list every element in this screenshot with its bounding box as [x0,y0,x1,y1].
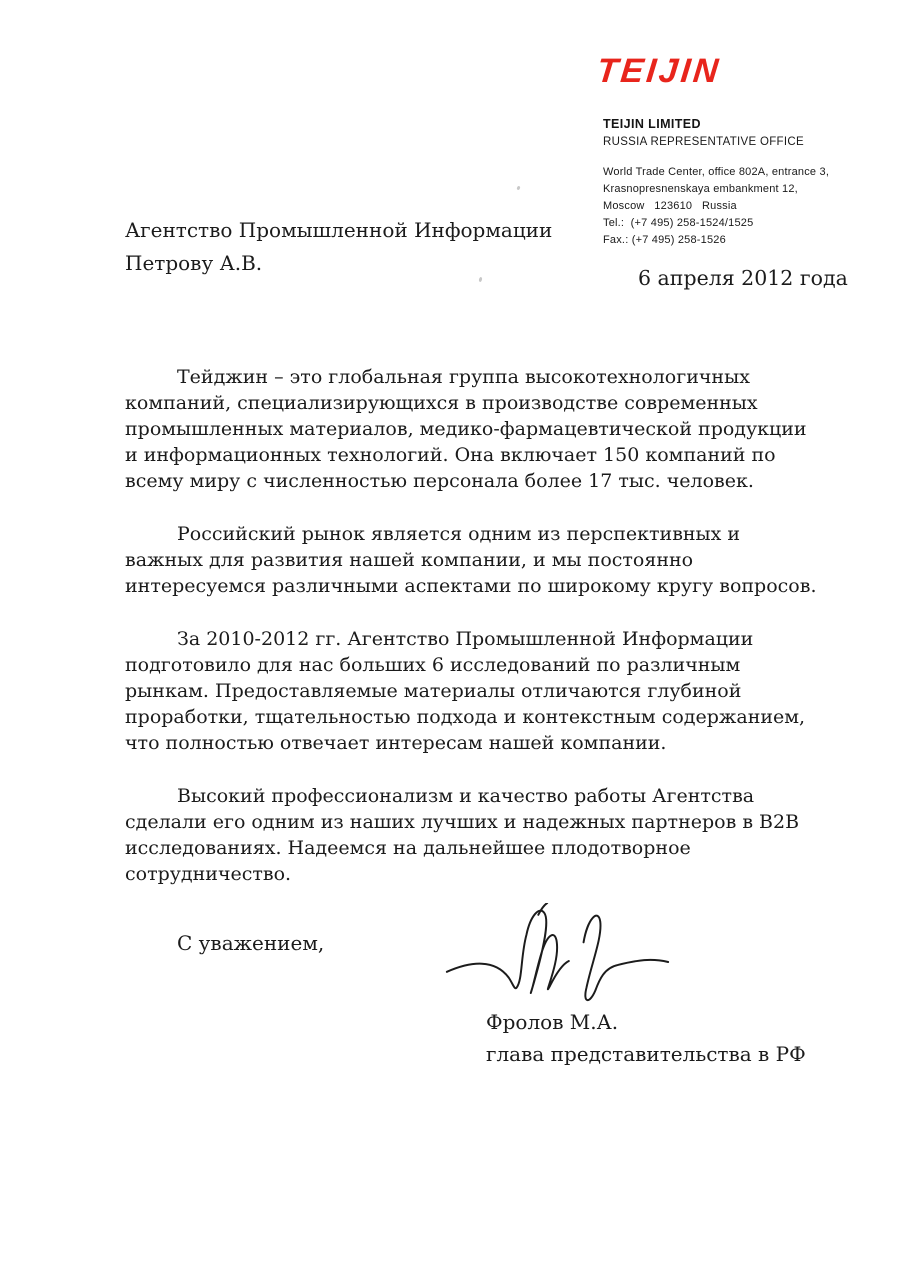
handwritten-signature [443,903,671,1021]
address-line-fax: Fax.: (+7 495) 258-1526 [603,232,829,249]
signer-name: Фролов М.А. [486,1010,618,1034]
recipient-organization: Агентство Промышленной Информации [125,214,552,247]
signer-title: глава представительства в РФ [486,1042,806,1066]
paragraph-2: Российский рынок является одним из персп… [125,521,817,599]
paragraph-1: Тейджин – это глобальная группа высокоте… [125,364,817,494]
letter-date: 6 апреля 2012 года [638,266,848,290]
office-name: RUSSIA REPRESENTATIVE OFFICE [603,136,804,148]
recipient-person: Петрову А.В. [125,247,552,280]
scan-speck [516,186,520,191]
company-name: TEIJIN LIMITED [603,117,701,131]
salutation: С уважением, [177,931,324,955]
address-line: Moscow 123610 Russia [603,198,829,215]
address-line-tel: Tel.: (+7 495) 258-1524/1525 [603,215,829,232]
teijin-logo: TEIJIN [595,52,723,91]
letter-body: Тейджин – это глобальная группа высокоте… [125,364,817,914]
letter-page: TEIJIN TEIJIN LIMITED RUSSIA REPRESENTAT… [0,0,900,1273]
paragraph-4: Высокий профессионализм и качество работ… [125,783,817,887]
address-block: World Trade Center, office 802A, entranc… [603,164,829,249]
scan-speck [478,277,482,283]
recipient-block: Агентство Промышленной Информации Петров… [125,214,552,280]
paragraph-3: За 2010-2012 гг. Агентство Промышленной … [125,626,817,756]
address-line: Krasnopresnenskaya embankment 12, [603,181,829,198]
address-line: World Trade Center, office 802A, entranc… [603,164,829,181]
